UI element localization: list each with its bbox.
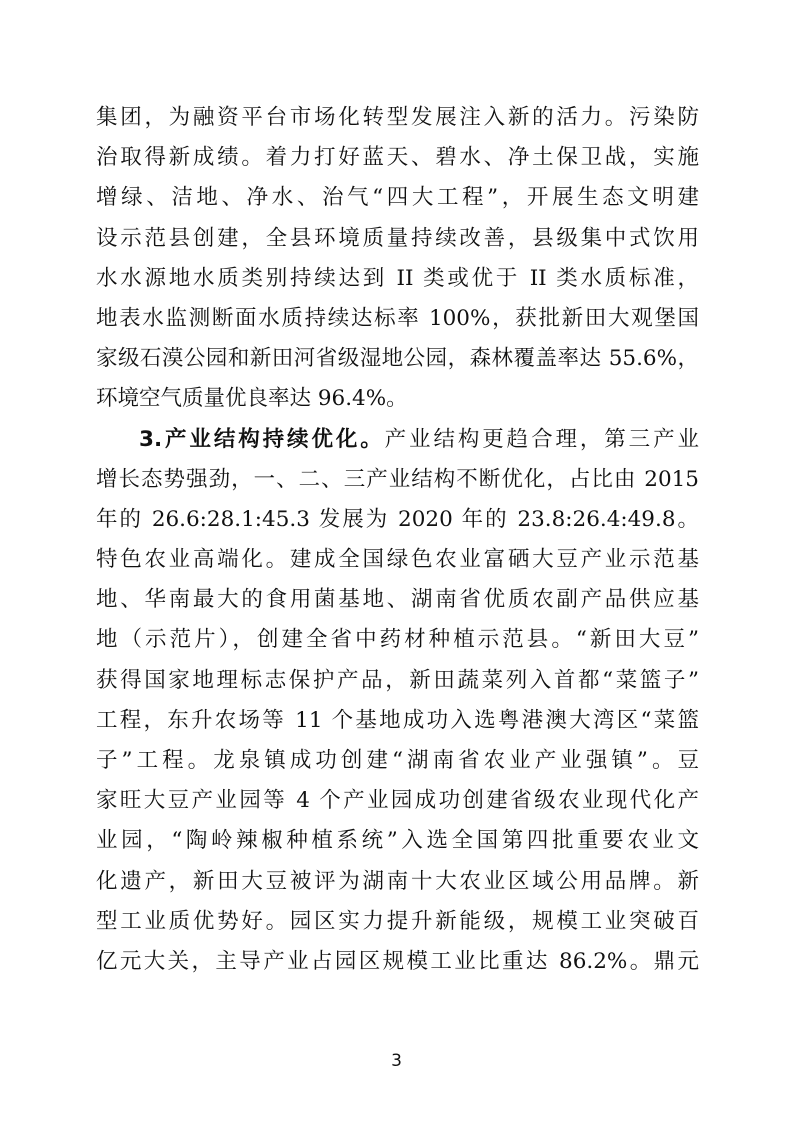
- text-line: 设示范县创建，全县环境质量持续改善，县级集中式饮用: [96, 219, 699, 259]
- text-line-first: 3.产业结构持续优化。产业结构更趋合理，第三产业: [96, 420, 699, 460]
- text-line: 家级石漠公园和新田河省级湿地公园，森林覆盖率达 55.6%，: [96, 339, 699, 379]
- text-run: 产业结构更趋合理，第三产业: [385, 427, 699, 452]
- paragraph-environment: 集团，为融资平台市场化转型发展注入新的活力。污染防 治取得新成绩。着力打好蓝天、…: [96, 98, 699, 420]
- text-line: 集团，为融资平台市场化转型发展注入新的活力。污染防: [96, 98, 699, 138]
- text-line: 型工业质优势好。园区实力提升新能级，规模工业突破百: [96, 902, 699, 942]
- text-line: 治取得新成绩。着力打好蓝天、碧水、净土保卫战，实施: [96, 138, 699, 178]
- text-line: 环境空气质量优良率达 96.4%。: [96, 379, 699, 419]
- text-line: 地（示范片），创建全省中药材种植示范县。“新田大豆”: [96, 620, 699, 660]
- body-text: 集团，为融资平台市场化转型发展注入新的活力。污染防 治取得新成绩。着力打好蓝天、…: [96, 98, 699, 982]
- text-line: 增长态势强劲，一、二、三产业结构不断优化，占比由 2015: [96, 460, 699, 500]
- text-line: 地表水监测断面水质持续达标率 100%，获批新田大观堡国: [96, 299, 699, 339]
- text-line: 年的 26.6:28.1:45.3 发展为 2020 年的 23.8:26.4:…: [96, 500, 699, 540]
- text-line: 获得国家地理标志保护产品，新田蔬菜列入首都“菜篮子”: [96, 661, 699, 701]
- text-line: 水水源地水质类别持续达到 II 类或优于 II 类水质标准，: [96, 259, 699, 299]
- text-line: 业园，“陶岭辣椒种植系统”入选全国第四批重要农业文: [96, 821, 699, 861]
- text-line: 子”工程。龙泉镇成功创建“湖南省农业产业强镇”。豆: [96, 741, 699, 781]
- page-number: 3: [0, 1051, 793, 1071]
- text-line: 工程，东升农场等 11 个基地成功入选粤港澳大湾区“菜篮: [96, 701, 699, 741]
- paragraph-industry-structure: 3.产业结构持续优化。产业结构更趋合理，第三产业 增长态势强劲，一、二、三产业结…: [96, 420, 699, 983]
- text-line: 地、华南最大的食用菌基地、湖南省优质农副产品供应基: [96, 580, 699, 620]
- text-line: 特色农业高端化。建成全国绿色农业富硒大豆产业示范基: [96, 540, 699, 580]
- text-line: 增绿、洁地、净水、治气“四大工程”，开展生态文明建: [96, 178, 699, 218]
- text-line: 化遗产，新田大豆被评为湖南十大农业区域公用品牌。新: [96, 862, 699, 902]
- text-line: 家旺大豆产业园等 4 个产业园成功创建省级农业现代化产: [96, 781, 699, 821]
- text-line: 亿元大关，主导产业占园区规模工业比重达 86.2%。鼎元: [96, 942, 699, 982]
- document-page: 集团，为融资平台市场化转型发展注入新的活力。污染防 治取得新成绩。着力打好蓝天、…: [0, 0, 793, 1122]
- section-heading: 3.产业结构持续优化。: [139, 427, 385, 452]
